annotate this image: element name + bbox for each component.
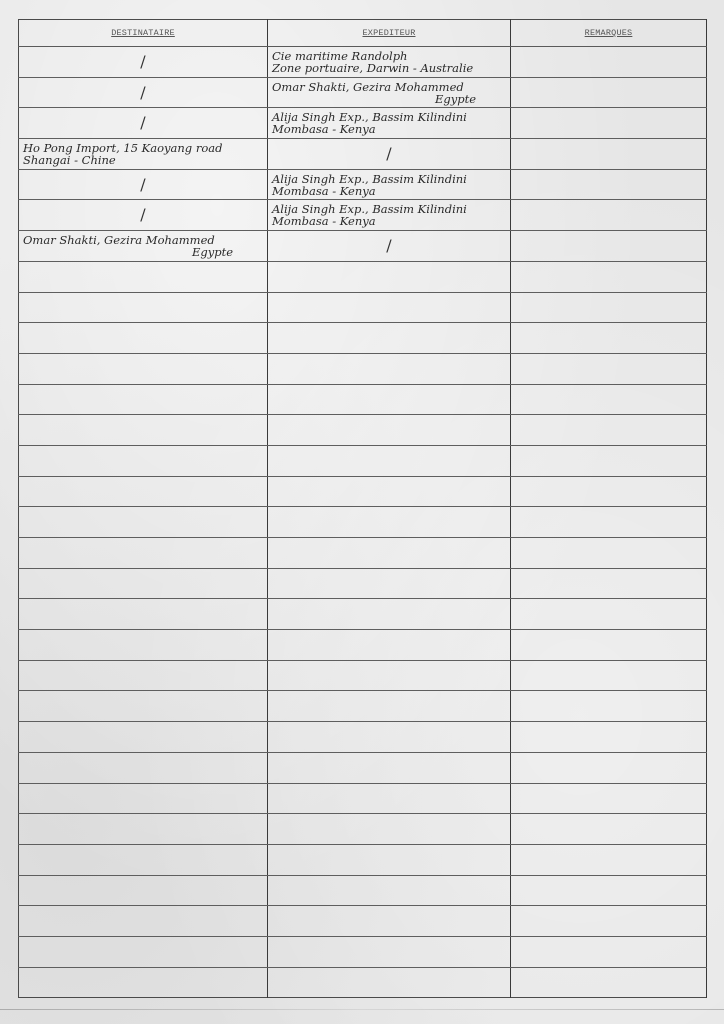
cell-expediteur bbox=[268, 445, 511, 476]
table-row-empty bbox=[19, 445, 707, 476]
header-remarques: REMARQUES bbox=[511, 20, 707, 47]
cell-remarques bbox=[511, 599, 707, 630]
cell-expediteur: / bbox=[268, 231, 511, 262]
cell-expediteur bbox=[268, 384, 511, 415]
cell-expediteur bbox=[268, 261, 511, 292]
handwritten-line: Shangai - Chine bbox=[23, 154, 263, 166]
cell-expediteur bbox=[268, 415, 511, 446]
cell-expediteur bbox=[268, 292, 511, 323]
blank-mark: / bbox=[23, 209, 263, 221]
cell-destinataire bbox=[19, 660, 268, 691]
cell-remarques bbox=[511, 936, 707, 967]
cell-destinataire: / bbox=[19, 169, 268, 200]
cell-expediteur bbox=[268, 814, 511, 845]
cell-expediteur bbox=[268, 538, 511, 569]
cell-expediteur: Cie maritime RandolphZone portuaire, Dar… bbox=[268, 47, 511, 78]
handwritten-line: Alija Singh Exp., Bassim Kilindini bbox=[272, 173, 506, 185]
table-row: /Alija Singh Exp., Bassim KilindiniMomba… bbox=[19, 200, 707, 231]
table-row: /Alija Singh Exp., Bassim KilindiniMomba… bbox=[19, 108, 707, 139]
blank-mark: / bbox=[23, 56, 263, 68]
cell-expediteur bbox=[268, 568, 511, 599]
handwritten-line: Zone portuaire, Darwin - Australie bbox=[272, 62, 506, 74]
handwritten-line: Mombasa - Kenya bbox=[272, 215, 506, 227]
cell-remarques bbox=[511, 538, 707, 569]
cell-expediteur bbox=[268, 906, 511, 937]
cell-destinataire bbox=[19, 814, 268, 845]
table-row-empty bbox=[19, 415, 707, 446]
cell-destinataire bbox=[19, 722, 268, 753]
shipping-register-table: DESTINATAIRE EXPEDITEUR REMARQUES /Cie m… bbox=[18, 19, 707, 998]
cell-destinataire: Omar Shakti, Gezira MohammedEgypte bbox=[19, 231, 268, 262]
cell-remarques bbox=[511, 47, 707, 78]
register-body: /Cie maritime RandolphZone portuaire, Da… bbox=[19, 47, 707, 998]
cell-expediteur bbox=[268, 875, 511, 906]
cell-remarques bbox=[511, 292, 707, 323]
cell-expediteur bbox=[268, 599, 511, 630]
table-row: Ho Pong Import, 15 Kaoyang roadShangai -… bbox=[19, 139, 707, 170]
table-row: /Cie maritime RandolphZone portuaire, Da… bbox=[19, 47, 707, 78]
cell-destinataire bbox=[19, 261, 268, 292]
cell-remarques bbox=[511, 906, 707, 937]
blank-mark: / bbox=[272, 148, 506, 160]
cell-expediteur bbox=[268, 507, 511, 538]
handwritten-line: Omar Shakti, Gezira Mohammed bbox=[272, 81, 506, 93]
cell-destinataire bbox=[19, 844, 268, 875]
table-row-empty bbox=[19, 384, 707, 415]
table-row-empty bbox=[19, 323, 707, 354]
cell-destinataire bbox=[19, 967, 268, 998]
table-row-empty bbox=[19, 936, 707, 967]
table-row-empty bbox=[19, 599, 707, 630]
table-row: /Omar Shakti, Gezira MohammedEgypte bbox=[19, 77, 707, 108]
cell-expediteur bbox=[268, 323, 511, 354]
blank-mark: / bbox=[23, 179, 263, 191]
cell-remarques bbox=[511, 200, 707, 231]
cell-destinataire bbox=[19, 875, 268, 906]
cell-remarques bbox=[511, 875, 707, 906]
table-row-empty bbox=[19, 476, 707, 507]
cell-remarques bbox=[511, 261, 707, 292]
handwritten-line: Egypte bbox=[272, 93, 506, 105]
cell-expediteur bbox=[268, 783, 511, 814]
cell-remarques bbox=[511, 231, 707, 262]
cell-remarques bbox=[511, 722, 707, 753]
cell-destinataire bbox=[19, 538, 268, 569]
table-row-empty bbox=[19, 752, 707, 783]
cell-expediteur bbox=[268, 630, 511, 661]
cell-destinataire bbox=[19, 752, 268, 783]
cell-remarques bbox=[511, 691, 707, 722]
table-row-empty bbox=[19, 353, 707, 384]
cell-remarques bbox=[511, 814, 707, 845]
cell-remarques bbox=[511, 77, 707, 108]
blank-mark: / bbox=[23, 117, 263, 129]
cell-expediteur bbox=[268, 967, 511, 998]
cell-destinataire bbox=[19, 323, 268, 354]
cell-destinataire bbox=[19, 691, 268, 722]
cell-destinataire bbox=[19, 507, 268, 538]
cell-destinataire bbox=[19, 936, 268, 967]
cell-destinataire bbox=[19, 476, 268, 507]
cell-remarques bbox=[511, 476, 707, 507]
table-row-empty bbox=[19, 292, 707, 323]
cell-expediteur: Alija Singh Exp., Bassim KilindiniMombas… bbox=[268, 108, 511, 139]
cell-destinataire bbox=[19, 445, 268, 476]
cell-destinataire: / bbox=[19, 108, 268, 139]
cell-expediteur bbox=[268, 722, 511, 753]
cell-remarques bbox=[511, 660, 707, 691]
handwritten-line: Mombasa - Kenya bbox=[272, 185, 506, 197]
cell-expediteur: Omar Shakti, Gezira MohammedEgypte bbox=[268, 77, 511, 108]
paper-edge-line bbox=[0, 1009, 724, 1010]
header-expediteur: EXPEDITEUR bbox=[268, 20, 511, 47]
cell-expediteur: / bbox=[268, 139, 511, 170]
cell-destinataire bbox=[19, 415, 268, 446]
cell-expediteur: Alija Singh Exp., Bassim KilindiniMombas… bbox=[268, 169, 511, 200]
cell-remarques bbox=[511, 353, 707, 384]
table-row-empty bbox=[19, 967, 707, 998]
cell-destinataire bbox=[19, 630, 268, 661]
cell-remarques bbox=[511, 507, 707, 538]
handwritten-line: Egypte bbox=[23, 246, 263, 258]
table-row-empty bbox=[19, 691, 707, 722]
cell-expediteur bbox=[268, 353, 511, 384]
table-row-empty bbox=[19, 507, 707, 538]
cell-destinataire bbox=[19, 906, 268, 937]
cell-remarques bbox=[511, 752, 707, 783]
cell-destinataire bbox=[19, 384, 268, 415]
cell-remarques bbox=[511, 783, 707, 814]
header-destinataire: DESTINATAIRE bbox=[19, 20, 268, 47]
cell-destinataire: / bbox=[19, 200, 268, 231]
table-row-empty bbox=[19, 630, 707, 661]
cell-destinataire bbox=[19, 292, 268, 323]
cell-remarques bbox=[511, 967, 707, 998]
cell-destinataire: / bbox=[19, 77, 268, 108]
cell-expediteur bbox=[268, 691, 511, 722]
cell-remarques bbox=[511, 139, 707, 170]
table-row-empty bbox=[19, 660, 707, 691]
cell-destinataire: Ho Pong Import, 15 Kaoyang roadShangai -… bbox=[19, 139, 268, 170]
cell-destinataire bbox=[19, 599, 268, 630]
cell-expediteur bbox=[268, 936, 511, 967]
table-row-empty bbox=[19, 568, 707, 599]
cell-remarques bbox=[511, 415, 707, 446]
table-row-empty bbox=[19, 261, 707, 292]
table-row-empty bbox=[19, 814, 707, 845]
cell-expediteur bbox=[268, 844, 511, 875]
cell-destinataire bbox=[19, 783, 268, 814]
table-row: /Alija Singh Exp., Bassim KilindiniMomba… bbox=[19, 169, 707, 200]
cell-remarques bbox=[511, 323, 707, 354]
cell-remarques bbox=[511, 568, 707, 599]
cell-expediteur bbox=[268, 660, 511, 691]
handwritten-line: Mombasa - Kenya bbox=[272, 123, 506, 135]
blank-mark: / bbox=[23, 87, 263, 99]
table-row-empty bbox=[19, 783, 707, 814]
cell-destinataire: / bbox=[19, 47, 268, 78]
cell-destinataire bbox=[19, 353, 268, 384]
table-row-empty bbox=[19, 722, 707, 753]
table-row-empty bbox=[19, 906, 707, 937]
blank-mark: / bbox=[272, 240, 506, 252]
cell-expediteur bbox=[268, 476, 511, 507]
cell-remarques bbox=[511, 169, 707, 200]
cell-expediteur bbox=[268, 752, 511, 783]
cell-remarques bbox=[511, 384, 707, 415]
table-row-empty bbox=[19, 875, 707, 906]
header-row: DESTINATAIRE EXPEDITEUR REMARQUES bbox=[19, 20, 707, 47]
cell-remarques bbox=[511, 108, 707, 139]
table-row: Omar Shakti, Gezira MohammedEgypte/ bbox=[19, 231, 707, 262]
cell-remarques bbox=[511, 844, 707, 875]
cell-remarques bbox=[511, 445, 707, 476]
cell-remarques bbox=[511, 630, 707, 661]
table-row-empty bbox=[19, 844, 707, 875]
cell-expediteur: Alija Singh Exp., Bassim KilindiniMombas… bbox=[268, 200, 511, 231]
cell-destinataire bbox=[19, 568, 268, 599]
table-row-empty bbox=[19, 538, 707, 569]
